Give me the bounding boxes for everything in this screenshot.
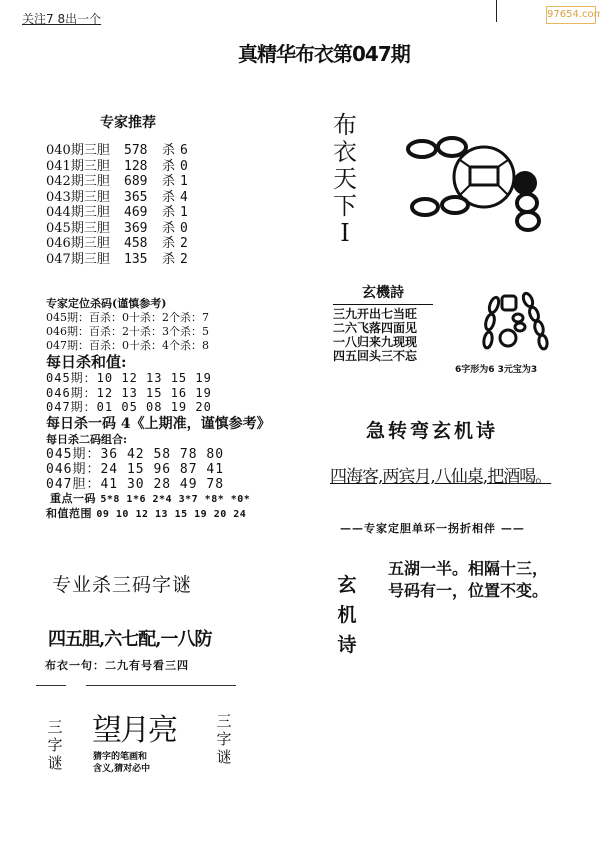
- list-item: 040期三胆578杀6: [46, 143, 188, 159]
- char: 三: [45, 718, 65, 736]
- list-item: 042期三胆689杀1: [46, 174, 188, 190]
- nums: 365: [124, 190, 162, 206]
- char: 字: [45, 736, 65, 754]
- key-code-row: 重点一码 5*8 1*6 2*4 3*7 *8* *0*: [46, 492, 271, 507]
- nums: 689: [124, 174, 162, 190]
- sharp-turn-poem-line: 四海客,两宾月,八仙桌,把酒喝。: [330, 462, 551, 487]
- nums: 469: [124, 205, 162, 221]
- figure-caption: 6字形为6 3元宝为3: [455, 362, 537, 375]
- nums: 135: [124, 252, 162, 268]
- period: 040期三胆: [46, 143, 124, 159]
- sum-range-row: 和值范围 09 10 12 13 15 19 20 24: [46, 507, 271, 522]
- riddle-answer: 望月亮: [92, 705, 176, 749]
- nums: 458: [124, 236, 162, 252]
- list-item: 045期：36 42 58 78 80: [46, 447, 271, 462]
- period: 044期三胆: [46, 205, 124, 221]
- list-item: 046期：24 15 96 87 41: [46, 462, 271, 477]
- watermark: 97654.com: [546, 6, 596, 24]
- kill: 2: [180, 236, 188, 252]
- list-item: 041期三胆128杀0: [46, 159, 188, 175]
- kill-label: 杀: [162, 236, 180, 252]
- position-kill-title: 专家定位杀码(谨慎参考): [46, 297, 271, 311]
- char: I: [330, 220, 360, 247]
- daily-sum-kill-rows: 045期：10 12 13 15 19 046期：12 13 15 16 19 …: [46, 371, 271, 415]
- three-char-riddle-label-right: 三 字 谜: [214, 712, 234, 766]
- poem-line: 三九开出七当旺: [333, 307, 433, 321]
- poem-line: 一八归来九现现: [333, 335, 433, 349]
- kill-label: 杀: [162, 205, 180, 221]
- kill-label: 杀: [162, 190, 180, 206]
- char: 三: [214, 712, 234, 730]
- mystic-poem-2-label: 玄 机 诗: [335, 570, 359, 660]
- daily-kill-one: 每日杀一码 4《上期准，谨慎参考》: [46, 415, 271, 433]
- char: 布: [330, 112, 360, 139]
- char: 天: [330, 166, 360, 193]
- sum-range-value: 09 10 12 13 15 19 20 24: [96, 509, 246, 520]
- list-item: 045期：10 12 13 15 19: [46, 371, 271, 386]
- buyi-line: 布衣一句：二九有号看三四: [45, 657, 189, 673]
- list-item: 047期：百杀：0十杀：4个杀：8: [46, 339, 271, 353]
- divider: [36, 685, 66, 686]
- list-item: 047胆：41 30 28 49 78: [46, 477, 271, 492]
- period: 046期三胆: [46, 236, 124, 252]
- page-title: 真精华布衣第047期: [238, 38, 410, 67]
- period: 047期三胆: [46, 252, 124, 268]
- mystic-poem-2-text: 五湖一半。相隔十三， 号码有一，位置不变。: [388, 558, 548, 602]
- key-code-label: 重点一码: [50, 492, 96, 505]
- char: 下: [330, 193, 360, 220]
- kill-three-riddle-line: 四五胆,六七配,一八防: [48, 625, 212, 651]
- mystic-poem-1-title: 玄機詩: [333, 282, 433, 305]
- kill: 0: [180, 159, 188, 175]
- kill: 2: [180, 252, 188, 268]
- expert-line: ——专家定胆单环一拐折相伴 ——: [340, 520, 525, 536]
- daily-sum-kill-title: 每日杀和值:: [46, 353, 271, 371]
- poem-line: 号码有一，位置不变。: [388, 580, 548, 602]
- daily-kill-two-rows: 045期：36 42 58 78 80 046期：24 15 96 87 41 …: [46, 447, 271, 492]
- kill-label: 杀: [162, 159, 180, 175]
- char: 谜: [214, 748, 234, 766]
- three-char-riddle-label-left: 三 字 谜: [45, 718, 65, 772]
- period: 043期三胆: [46, 190, 124, 206]
- char: 诗: [335, 630, 359, 660]
- kill: 1: [180, 174, 188, 190]
- list-item: 047期：01 05 08 19 20: [46, 400, 271, 415]
- kill: 1: [180, 205, 188, 221]
- top-note: 关注7 8出一个: [22, 10, 101, 27]
- kill-label: 杀: [162, 174, 180, 190]
- period: 045期三胆: [46, 221, 124, 237]
- position-kill-block: 专家定位杀码(谨慎参考) 045期：百杀：0十杀：2个杀：7 046期：百杀：2…: [46, 297, 271, 522]
- poem-line: 五湖一半。相隔十三，: [388, 558, 548, 580]
- divider-line: [496, 0, 497, 22]
- sum-range-label: 和值范围: [46, 507, 92, 520]
- poem-line: 二六飞落四面见: [333, 321, 433, 335]
- kill-three-riddle-title: 专业杀三码字谜: [52, 570, 192, 597]
- nums: 578: [124, 143, 162, 159]
- expert-recommend-list: 040期三胆578杀6 041期三胆128杀0 042期三胆689杀1 043期…: [46, 143, 188, 267]
- expert-recommend-title: 专家推荐: [100, 112, 156, 132]
- list-item: 047期三胆135杀2: [46, 252, 188, 268]
- mystic-poem-1: 玄機詩 三九开出七当旺 二六飞落四面见 一八归来九现现 四五回头三不忘: [333, 282, 433, 363]
- char: 字: [214, 730, 234, 748]
- char: 衣: [330, 139, 360, 166]
- kill-label: 杀: [162, 252, 180, 268]
- list-item: 043期三胆365杀4: [46, 190, 188, 206]
- kill: 4: [180, 190, 188, 206]
- nums: 369: [124, 221, 162, 237]
- char: 谜: [45, 754, 65, 772]
- sharp-turn-poem-title: 急转弯玄机诗: [366, 416, 498, 443]
- list-item: 046期：百杀：2十杀：3个杀：5: [46, 325, 271, 339]
- buyi-tianxia-vertical: 布 衣 天 下 I: [330, 112, 360, 247]
- char: 机: [335, 600, 359, 630]
- kill: 6: [180, 143, 188, 159]
- coin-chain-illustration: [400, 135, 560, 235]
- coin-figure-illustration: [480, 290, 560, 355]
- list-item: 045期：百杀：0十杀：2个杀：7: [46, 311, 271, 325]
- char: 玄: [335, 570, 359, 600]
- poem-line: 四五回头三不忘: [333, 349, 433, 363]
- list-item: 044期三胆469杀1: [46, 205, 188, 221]
- list-item: 045期三胆369杀0: [46, 221, 188, 237]
- kill-label: 杀: [162, 143, 180, 159]
- kill-label: 杀: [162, 221, 180, 237]
- period: 041期三胆: [46, 159, 124, 175]
- kill: 0: [180, 221, 188, 237]
- list-item: 046期：12 13 15 16 19: [46, 386, 271, 401]
- period: 042期三胆: [46, 174, 124, 190]
- riddle-hint: 猜字的笔画和含义,猜对必中: [93, 751, 153, 775]
- nums: 128: [124, 159, 162, 175]
- list-item: 046期三胆458杀2: [46, 236, 188, 252]
- daily-kill-two-title: 每日杀二码组合:: [46, 433, 271, 447]
- divider: [86, 685, 236, 686]
- key-code-value: 5*8 1*6 2*4 3*7 *8* *0*: [100, 494, 250, 505]
